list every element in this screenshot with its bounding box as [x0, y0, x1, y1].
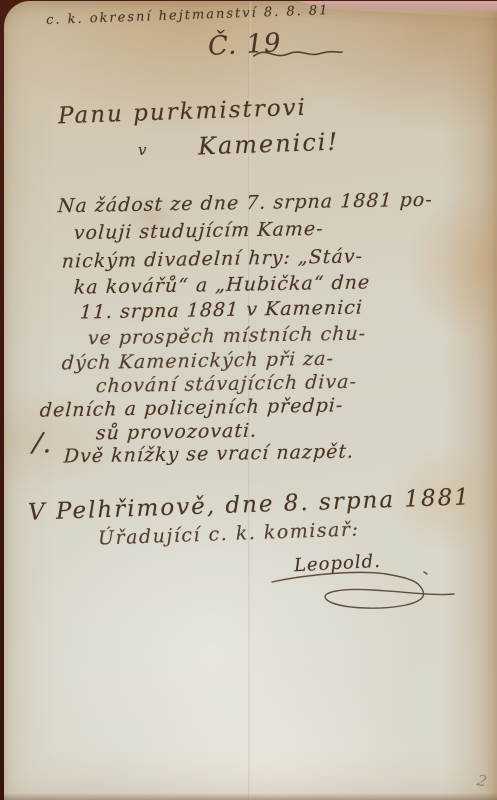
- body-line: voluji studujícím Kame-: [73, 218, 324, 244]
- address-preposition: v: [138, 141, 147, 159]
- bottom-edge-shadow: [4, 793, 497, 800]
- scanned-letter-photo: c. k. okresní hejtmanství 8. 8. 81 Č. 19…: [0, 0, 497, 800]
- number-flourish-stroke: [252, 44, 344, 64]
- body-line: chování stávajících diva-: [95, 371, 357, 398]
- margin-reference-mark: /.: [32, 427, 54, 459]
- signature-flourish-stroke: [268, 566, 478, 614]
- body-line: sů provozovati.: [95, 420, 257, 445]
- address-town: Kamenici!: [198, 128, 340, 161]
